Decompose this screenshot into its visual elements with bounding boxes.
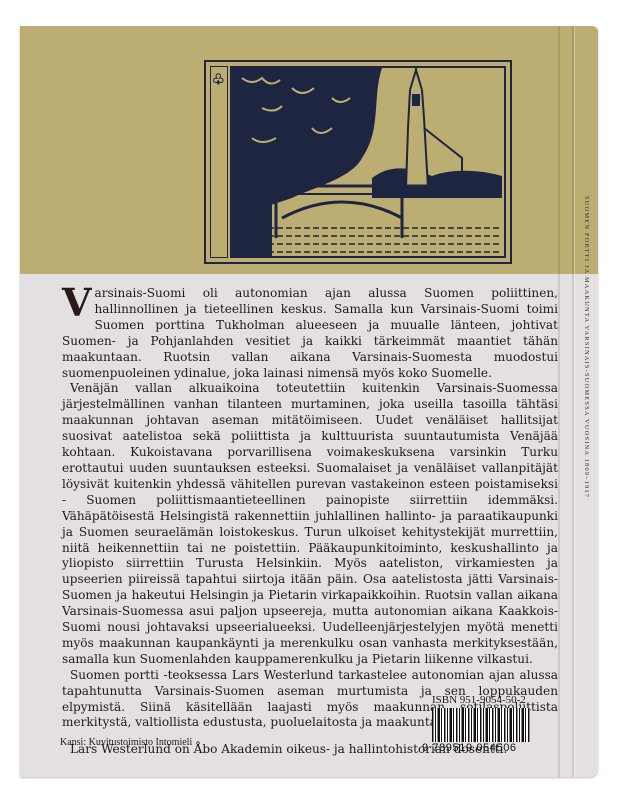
illustration-side-panel: ♣	[210, 66, 228, 258]
blurb-paragraph-1: Varsinais-Suomi oli autonomian ajan alus…	[62, 286, 558, 381]
spine-hinge-groove	[572, 26, 574, 777]
spine-title: SUOMEN PORTTI JA MAAKUNTA VARSINAIS-SUOM…	[582, 196, 590, 656]
club-ornament-icon: ♣	[212, 73, 225, 87]
barcode-number: 9 789519 054506	[422, 742, 517, 754]
drop-cap: V	[62, 288, 91, 318]
illustration-engraving	[230, 66, 506, 258]
cover-illustration: ♣	[204, 60, 512, 264]
blurb-text: Varsinais-Suomi oli autonomian ajan alus…	[62, 286, 558, 758]
blurb-paragraph-2: Venäjän vallan alkuaikoina toteutettiin …	[62, 381, 558, 667]
cover-credit: Kansi: Kuvitustoimisto Intomieli	[60, 737, 192, 748]
book-back-cover: ♣	[20, 26, 598, 777]
church-bridge-engraving-icon	[232, 68, 502, 256]
barcode-icon	[432, 708, 530, 742]
isbn-label: ISBN 951-9054-50-2	[432, 694, 526, 706]
spine-title-text: SUOMEN PORTTI JA MAAKUNTA VARSINAIS-SUOM…	[583, 196, 590, 498]
spine-hinge-groove	[558, 26, 560, 777]
